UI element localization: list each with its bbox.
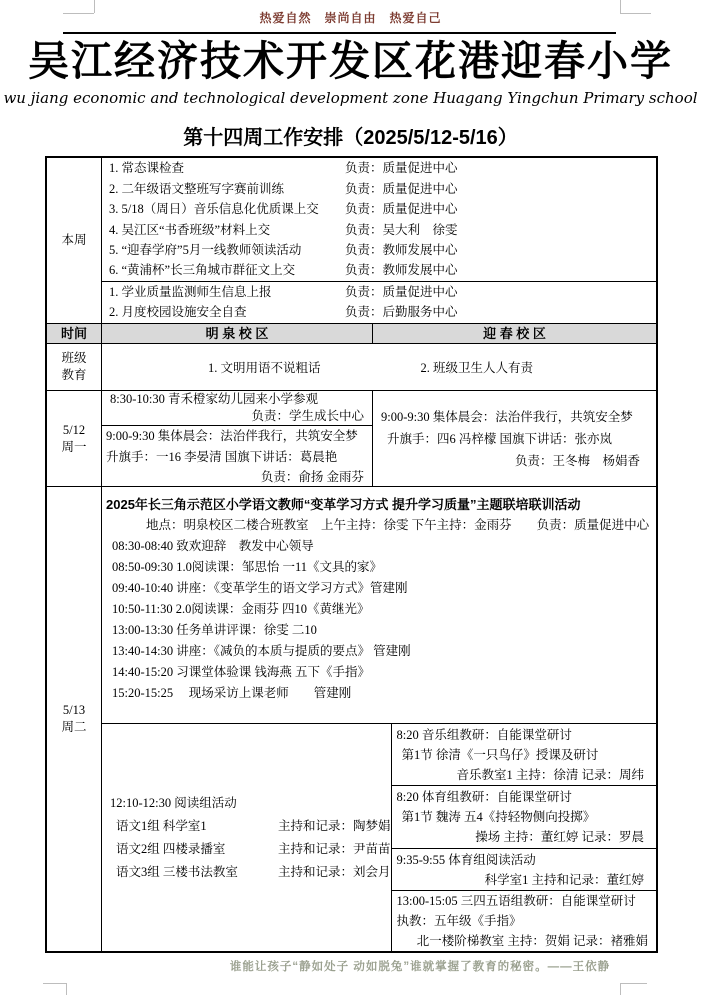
week-label: 本周	[61, 232, 86, 249]
task-line: 1. 学业质量监测师生信息上报 负责：质量促进中心	[102, 282, 656, 302]
school-motto: 热爱自然 崇尚自由 热爱自己	[0, 9, 701, 26]
reading-group-row: 语文2组 四楼录播室 主持和记录：尹苗苗	[102, 838, 391, 861]
schedule-line: 13:40-14:30 讲座：《减负的本质与提质的要点》 管建刚	[102, 641, 656, 662]
monday-label-cell: 5/12 周一	[47, 391, 102, 486]
pe-research-cell: 8:20 体育组教研：自能课堂研讨 第1节 魏涛 五4《持轻物侧向投掷》 操场 …	[392, 786, 656, 849]
class-education-item-right: 2. 班级卫生人人有责	[421, 358, 534, 376]
assembly-line: 9:00-9:30 集体晨会：法治伴我行，共筑安全梦	[102, 426, 372, 447]
schedule-line: 15:20-15:25 现场采访上课老师 管建刚	[102, 683, 656, 704]
footer-quote: 谁能让孩子“静如处子 动如脱兔”谁就掌握了教育的秘密。——王依静	[160, 958, 680, 974]
week-tasks-content: 1. 常态课检查 负责：质量促进中心 2. 二年级语文整班写字赛前训练 负责：质…	[102, 158, 656, 323]
crop-mark-top-left-h	[63, 13, 94, 14]
tuesday-day: 周二	[61, 719, 86, 736]
task-owner: 负责：后勤服务中心	[345, 302, 656, 322]
task-text: 4. 吴江区“书香班级”材料上交	[109, 220, 345, 240]
schedule-line: 14:40-15:20 习课堂体验课 钱海燕 五下《手指》	[102, 662, 656, 683]
class-education-label-2: 教育	[61, 367, 86, 384]
reading-group-name: 语文3组 三楼书法教室	[102, 861, 278, 884]
weekly-schedule-table: 本周 1. 常态课检查 负责：质量促进中心 2. 二年级语文整班写字赛前训练 负…	[45, 156, 658, 953]
flag-raiser-line: 升旗手：四6 冯梓檬 国旗下讲话：张亦岚	[373, 428, 656, 450]
cell-line: 科学室1 主持和记录：董红婷	[392, 870, 656, 890]
week-task-block-1: 1. 常态课检查 负责：质量促进中心 2. 二年级语文整班写字赛前训练 负责：质…	[102, 158, 656, 282]
week-task-block-2: 1. 学业质量监测师生信息上报 负责：质量促进中心 2. 月度校园设施安全自查 …	[102, 282, 656, 323]
school-name-cn: 吴江经济技术开发区花港迎春小学	[0, 36, 701, 86]
activity-info: 地点：明泉校区二楼合班教室 上午主持：徐雯 下午主持：金雨芬 负责：质量促进中心	[102, 515, 656, 536]
monday-row: 5/12 周一 8:30-10:30 青禾橙家幼儿园来小学参观 负责：学生成长中…	[47, 390, 656, 486]
week-tasks-row: 本周 1. 常态课检查 负责：质量促进中心 2. 二年级语文整班写字赛前训练 负…	[47, 158, 656, 323]
task-text: 1. 常态课检查	[109, 158, 345, 178]
header-time-cell: 时间	[47, 324, 102, 343]
reading-group-host: 主持和记录：尹苗苗	[278, 838, 391, 861]
tuesday-date: 5/13	[63, 702, 85, 719]
cell-line: 9:35-9:55 体育组阅读活动	[392, 850, 656, 870]
header-rule	[63, 32, 616, 34]
reading-group-host: 主持和记录：刘会月	[278, 861, 391, 884]
reading-group-name: 语文1组 科学室1	[102, 815, 278, 838]
monday-assembly-left-block: 9:00-9:30 集体晨会：法治伴我行，共筑安全梦 升旗手：一16 李晏清 国…	[102, 426, 372, 488]
campus-header-row: 时间 明 泉 校 区 迎 春 校 区	[47, 323, 656, 343]
header-campus-left: 明 泉 校 区	[102, 324, 373, 343]
class-education-label-cell: 班级 教育	[47, 344, 102, 390]
music-research-cell: 8:20 音乐组教研：自能课堂研讨 第1节 徐清《一只鸟仔》授课及研讨 音乐教室…	[392, 724, 656, 786]
class-education-content: 1. 文明用语不说粗话 2. 班级卫生人人有责	[102, 344, 656, 390]
task-text: 6. “黄浦杯”长三角城市群征文上交	[109, 260, 345, 280]
tuesday-bottom-section: 12:10-12:30 阅读组活动 语文1组 科学室1 主持和记录：陶梦娟 语文…	[102, 724, 656, 951]
assembly-line: 9:00-9:30 集体晨会：法治伴我行，共筑安全梦	[373, 406, 656, 428]
cell-line: 执教：五年级《手指》	[392, 911, 656, 931]
training-activity-cell: 2025年长三角示范区小学语文教师“变革学习方式 提升学习质量”主题联培联训活动…	[102, 487, 656, 724]
reading-group-row: 语文3组 三楼书法教室 主持和记录：刘会月	[102, 861, 391, 884]
task-text: 2. 月度校园设施安全自查	[109, 302, 345, 322]
reading-group-host: 主持和记录：陶梦娟	[278, 815, 391, 838]
task-text: 3. 5/18（周日）音乐信息化优质课上交	[109, 199, 345, 219]
crop-mark-top-right-v	[620, 0, 621, 13]
task-owner: 负责：质量促进中心	[345, 282, 656, 302]
task-owner: 负责：吴大利 徐雯	[345, 220, 656, 240]
schedule-line: 13:00-13:30 任务单讲评课：徐雯 二10	[102, 620, 656, 641]
task-owner: 负责：质量促进中心	[345, 199, 656, 219]
monday-visit-owner: 负责：学生成长中心	[102, 408, 372, 425]
cell-line: 北一楼阶梯教室 主持：贺娟 记录：褚雅娟	[392, 931, 656, 951]
class-education-item-left: 1. 文明用语不说粗话	[208, 358, 321, 376]
week-label-cell: 本周	[47, 158, 102, 323]
task-line: 1. 常态课检查 负责：质量促进中心	[102, 158, 656, 178]
cell-line: 8:20 体育组教研：自能课堂研讨	[392, 787, 656, 807]
school-name-en: wu jiang economic and technological deve…	[0, 89, 701, 107]
cell-line: 13:00-15:05 三四五语组教研：自能课堂研讨	[392, 891, 656, 911]
crop-mark-top-left-v	[94, 0, 95, 13]
task-owner: 负责：教师发展中心	[345, 260, 656, 280]
monday-visit-line: 8:30-10:30 青禾橙家幼儿园来小学参观	[102, 391, 372, 408]
assembly-owner: 负责：王冬梅 杨娟香	[373, 450, 656, 472]
crop-mark-bottom-left-h	[43, 983, 67, 984]
task-owner: 负责：质量促进中心	[345, 179, 656, 199]
crop-mark-bottom-right-h	[620, 983, 647, 984]
reading-group-name: 语文2组 四楼录播室	[102, 838, 278, 861]
monday-date: 5/12	[63, 422, 85, 439]
task-owner: 负责：教师发展中心	[345, 240, 656, 260]
flag-raiser-line: 升旗手：一16 李晏清 国旗下讲话：葛晨艳	[102, 447, 372, 468]
doc-title: 第十四周工作安排（2025/5/12-5/16）	[0, 121, 701, 150]
task-line: 6. “黄浦杯”长三角城市群征文上交 负责：教师发展中心	[102, 260, 656, 280]
monday-visit-block: 8:30-10:30 青禾橙家幼儿园来小学参观 负责：学生成长中心	[102, 391, 372, 426]
cell-line: 音乐教室1 主持：徐清 记录：周纬	[392, 765, 656, 785]
tuesday-right-cells: 8:20 音乐组教研：自能课堂研讨 第1节 徐清《一只鸟仔》授课及研讨 音乐教室…	[392, 724, 656, 951]
document-page: 热爱自然 崇尚自由 热爱自己 吴江经济技术开发区花港迎春小学 wu jiang …	[0, 0, 701, 995]
class-education-row: 班级 教育 1. 文明用语不说粗话 2. 班级卫生人人有责	[47, 343, 656, 390]
language-research-cell: 13:00-15:05 三四五语组教研：自能课堂研讨 执教：五年级《手指》 北一…	[392, 891, 656, 951]
class-education-label-1: 班级	[61, 350, 86, 367]
task-line: 3. 5/18（周日）音乐信息化优质课上交 负责：质量促进中心	[102, 199, 656, 219]
header-campus-right: 迎 春 校 区	[373, 324, 656, 343]
task-owner: 负责：质量促进中心	[345, 158, 656, 178]
tuesday-label-cell: 5/13 周二	[47, 487, 102, 951]
schedule-line: 08:30-08:40 致欢迎辞 教发中心领导	[102, 536, 656, 557]
crop-mark-bottom-left-v	[66, 983, 67, 995]
cell-line: 操场 主持：董红婷 记录：罗晨	[392, 827, 656, 847]
monday-yingchun-cell: 9:00-9:30 集体晨会：法治伴我行，共筑安全梦 升旗手：四6 冯梓檬 国旗…	[373, 391, 656, 486]
reading-group-row: 语文1组 科学室1 主持和记录：陶梦娟	[102, 815, 391, 838]
task-text: 5. “迎春学府”5月一线教师领读活动	[109, 240, 345, 260]
cell-line: 第1节 徐清《一只鸟仔》授课及研讨	[392, 745, 656, 765]
task-line: 4. 吴江区“书香班级”材料上交 负责：吴大利 徐雯	[102, 220, 656, 240]
crop-mark-bottom-right-v	[620, 983, 621, 995]
monday-day: 周一	[61, 439, 86, 456]
schedule-line: 08:50-09:30 1.0阅读课：邹思怡 一11《文具的家》	[102, 557, 656, 578]
task-text: 2. 二年级语文整班写字赛前训练	[109, 179, 345, 199]
monday-mingquan-cell: 8:30-10:30 青禾橙家幼儿园来小学参观 负责：学生成长中心 9:00-9…	[102, 391, 373, 486]
activity-title: 2025年长三角示范区小学语文教师“变革学习方式 提升学习质量”主题联培联训活动	[102, 494, 656, 515]
tuesday-content: 2025年长三角示范区小学语文教师“变革学习方式 提升学习质量”主题联培联训活动…	[102, 487, 656, 951]
reading-group-title: 12:10-12:30 阅读组活动	[102, 792, 391, 815]
task-text: 1. 学业质量监测师生信息上报	[109, 282, 345, 302]
task-line: 2. 二年级语文整班写字赛前训练 负责：质量促进中心	[102, 179, 656, 199]
pe-reading-cell: 9:35-9:55 体育组阅读活动 科学室1 主持和记录：董红婷	[392, 849, 656, 891]
cell-line: 8:20 音乐组教研：自能课堂研讨	[392, 725, 656, 745]
schedule-line: 09:40-10:40 讲座：《变革学生的语文学习方式》管建刚	[102, 578, 656, 599]
task-line: 2. 月度校园设施安全自查 负责：后勤服务中心	[102, 302, 656, 322]
assembly-owner: 负责：俞扬 金雨芬	[102, 467, 372, 488]
cell-line: 第1节 魏涛 五4《持轻物侧向投掷》	[392, 807, 656, 827]
reading-group-cell: 12:10-12:30 阅读组活动 语文1组 科学室1 主持和记录：陶梦娟 语文…	[102, 724, 392, 951]
schedule-line: 10:50-11:30 2.0阅读课：金雨芬 四10《黄继光》	[102, 599, 656, 620]
task-line: 5. “迎春学府”5月一线教师领读活动 负责：教师发展中心	[102, 240, 656, 260]
tuesday-row: 5/13 周二 2025年长三角示范区小学语文教师“变革学习方式 提升学习质量”…	[47, 486, 656, 951]
crop-mark-top-right-h	[620, 13, 651, 14]
